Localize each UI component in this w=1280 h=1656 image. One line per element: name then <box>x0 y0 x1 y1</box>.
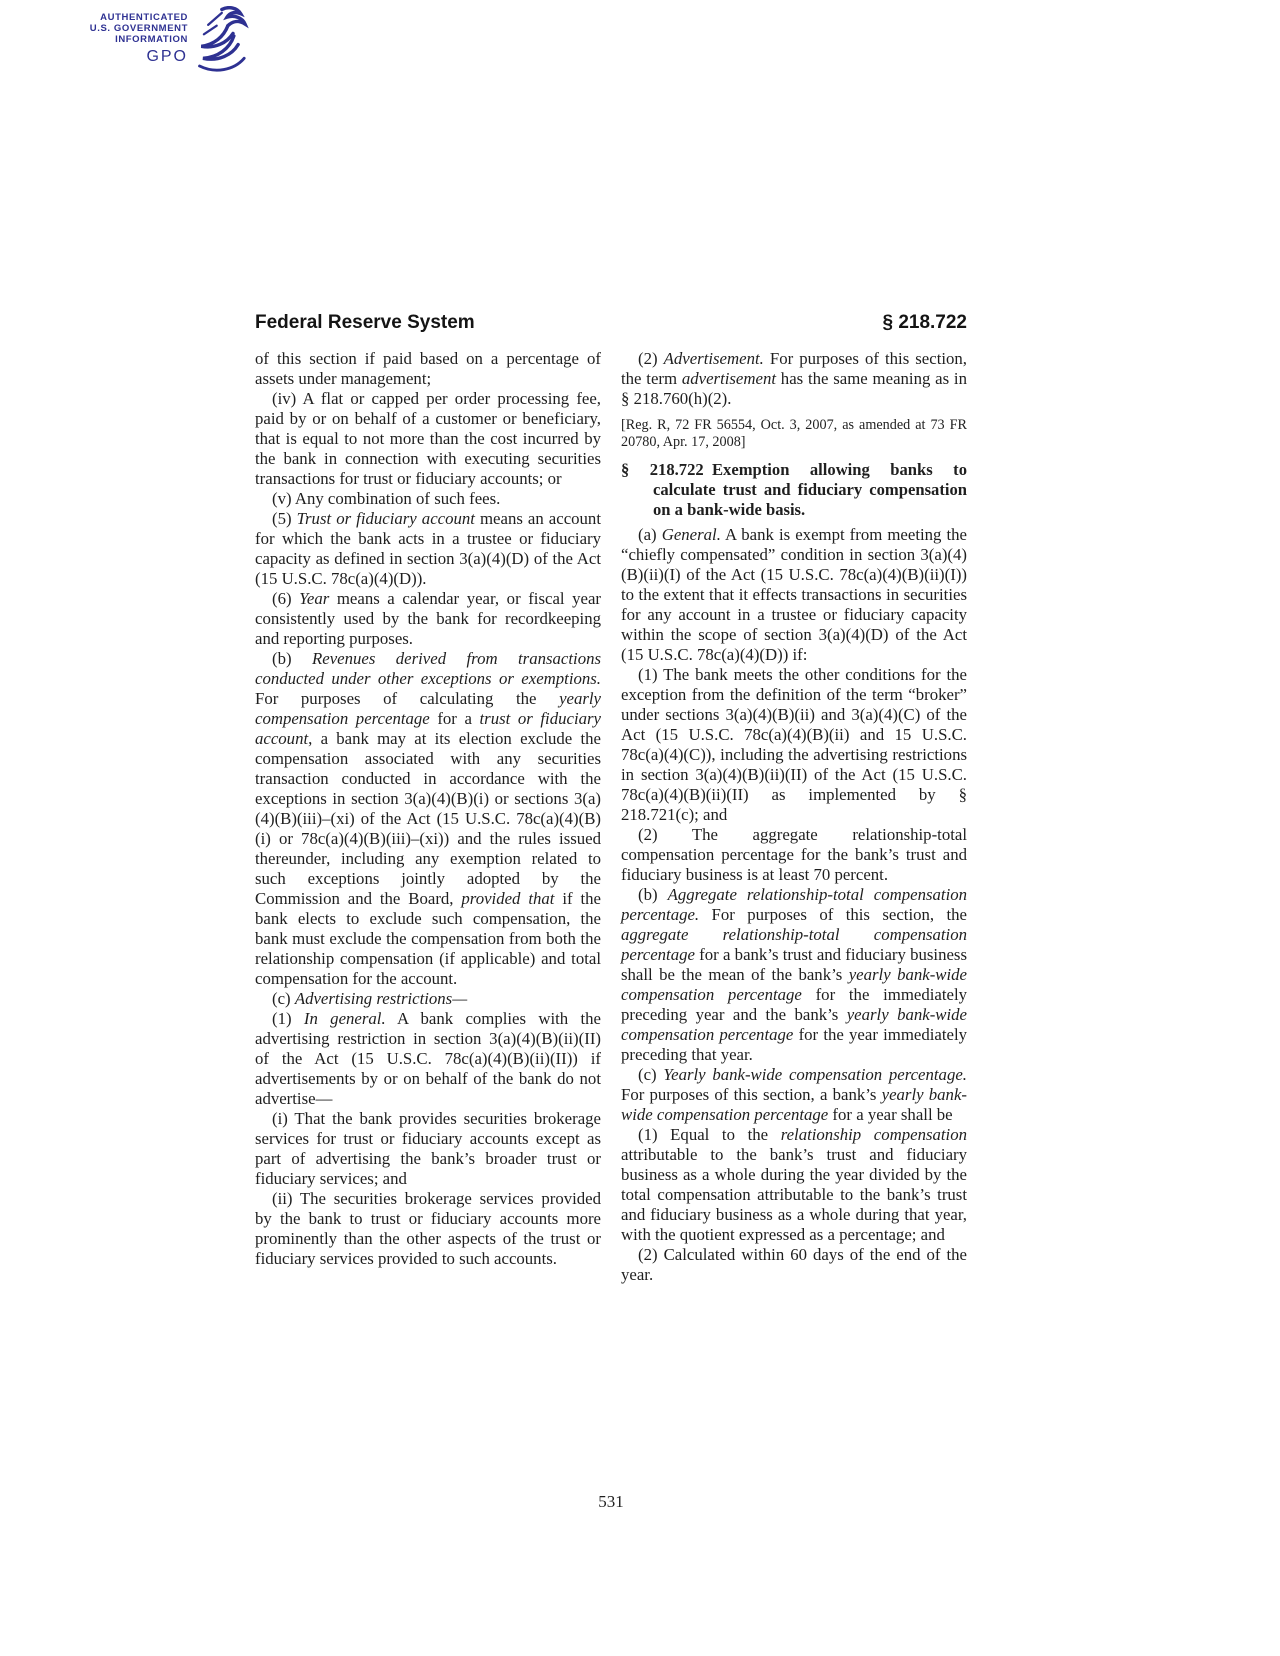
gpo-logo-line: U.S. GOVERNMENT <box>90 23 188 34</box>
paragraph: (v) Any combination of such fees. <box>255 489 601 509</box>
paragraph: (a) General. A bank is exempt from meeti… <box>621 525 967 665</box>
right-column: (2) Advertisement. For purposes of this … <box>621 349 967 1285</box>
paragraph: (2) Calculated within 60 days of the end… <box>621 1245 967 1285</box>
gpo-logo-acronym: GPO <box>90 48 188 66</box>
page-number: 531 <box>255 1492 967 1512</box>
paragraph: (6) Year means a calendar year, or fisca… <box>255 589 601 649</box>
source-note: [Reg. R, 72 FR 56554, Oct. 3, 2007, as a… <box>621 417 967 451</box>
paragraph: (b) Aggregate relationship-total compens… <box>621 885 967 1065</box>
gpo-logo-line: INFORMATION <box>90 34 188 45</box>
regulation-text: of this section if paid based on a perce… <box>255 349 967 1285</box>
paragraph: (2) Advertisement. For purposes of this … <box>621 349 967 409</box>
paragraph: (b) Revenues derived from transactions c… <box>255 649 601 989</box>
section-heading: § 218.722 Exemption allowing banks to ca… <box>621 460 967 520</box>
paragraph: of this section if paid based on a perce… <box>255 349 601 389</box>
paragraph: (iv) A flat or capped per order processi… <box>255 389 601 489</box>
paragraph: (5) Trust or fiduciary account means an … <box>255 509 601 589</box>
paragraph: (1) Equal to the relationship compensati… <box>621 1125 967 1245</box>
gpo-logo-line: AUTHENTICATED <box>90 12 188 23</box>
gpo-eagle-icon <box>182 6 260 78</box>
header-left-title: Federal Reserve System <box>255 312 475 334</box>
paragraph: (i) That the bank provides securities br… <box>255 1109 601 1189</box>
paragraph: (c) Yearly bank-wide compensation percen… <box>621 1065 967 1125</box>
paragraph: (1) In general. A bank complies with the… <box>255 1009 601 1109</box>
header-right-section-number: § 218.722 <box>882 312 967 334</box>
paragraph: (c) Advertising restrictions— <box>255 989 601 1009</box>
paragraph: (1) The bank meets the other conditions … <box>621 665 967 825</box>
gpo-authentication-logo: AUTHENTICATED U.S. GOVERNMENT INFORMATIO… <box>86 6 236 76</box>
paragraph: (2) The aggregate relationship-total com… <box>621 825 967 885</box>
paragraph: (ii) The securities brokerage services p… <box>255 1189 601 1269</box>
left-column: of this section if paid based on a perce… <box>255 349 601 1285</box>
document-page: AUTHENTICATED U.S. GOVERNMENT INFORMATIO… <box>0 0 1280 1656</box>
running-header: Federal Reserve System § 218.722 <box>255 312 967 334</box>
gpo-logo-text: AUTHENTICATED U.S. GOVERNMENT INFORMATIO… <box>90 12 188 66</box>
